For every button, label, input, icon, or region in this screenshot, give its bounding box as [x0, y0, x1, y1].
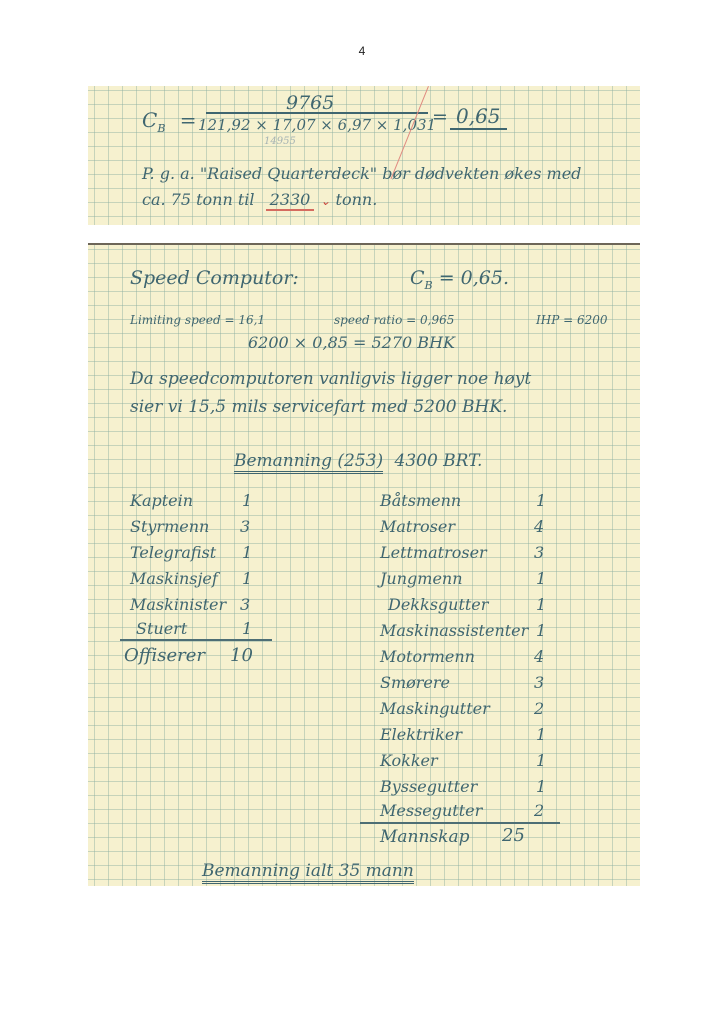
officer-count: 1 — [242, 543, 252, 562]
speed-ratio: speed ratio = 0,965 — [334, 313, 454, 327]
pencil-note: 14955 — [264, 136, 296, 147]
crew-role: Maskingutter — [380, 699, 490, 718]
crew-role: Jungmenn — [380, 569, 463, 588]
ihp: IHP = 6200 — [536, 313, 608, 327]
crew-role: Maskinassistenter — [380, 621, 528, 640]
crew-role: Byssegutter — [380, 777, 477, 796]
result-equals: = — [432, 106, 448, 128]
crew-count: 1 — [536, 751, 546, 770]
note-line-1: P. g. a. "Raised Quarterdeck" bør dødvek… — [142, 164, 581, 183]
officer-count: 1 — [242, 491, 252, 510]
crew-count: 4 — [534, 647, 544, 666]
crew-role: Kokker — [380, 751, 438, 770]
formula-denominator: 121,92 × 17,07 × 6,97 × 1,031 — [198, 116, 436, 134]
crew-count: 1 — [536, 621, 546, 640]
crew-role: Lettmatroser — [380, 543, 487, 562]
officer-role: Stuert — [136, 619, 187, 638]
bhk-calculation: 6200 × 0,85 = 5270 BHK — [248, 333, 455, 352]
crew-role: Motormenn — [380, 647, 475, 666]
crew-role: Dekksgutter — [388, 595, 488, 614]
crew-count: 2 — [534, 699, 544, 718]
officer-count: 1 — [242, 619, 252, 638]
crew-count: 2 — [534, 801, 544, 820]
officer-count: 3 — [240, 595, 250, 614]
crew-count: 1 — [536, 569, 546, 588]
limiting-speed: Limiting speed = 16,1 — [130, 313, 265, 327]
officers-total-count: 10 — [230, 645, 253, 666]
crew-role: Båtsmenn — [380, 491, 461, 510]
crew-count: 4 — [534, 517, 544, 536]
crew-heading-title: Bemanning (253) — [234, 451, 383, 474]
crew-total-label: Mannskap — [380, 827, 469, 847]
note-line-2: ca. 75 tonn til 2330⌄ tonn. — [142, 190, 377, 209]
crew-count: 1 — [536, 491, 546, 510]
highlighted-value: 2330 — [266, 190, 315, 211]
crew-role: Messegutter — [380, 801, 482, 820]
crew-count: 3 — [534, 543, 544, 562]
crew-tonnage: 4300 BRT. — [395, 451, 483, 471]
crew-count: 3 — [534, 673, 544, 692]
crew-sum-rule — [360, 822, 560, 824]
crew-count: 1 — [536, 595, 546, 614]
page-number: 4 — [0, 44, 724, 58]
speed-title: Speed Computor: — [130, 267, 299, 289]
cb-value: CB = 0,65. — [410, 267, 509, 292]
officers-total-label: Offiserer — [124, 645, 205, 666]
officer-role: Kaptein — [130, 491, 193, 510]
officers-sum-rule — [120, 639, 272, 641]
bottom-grid-sheet: Speed Computor: CB = 0,65. Limiting spee… — [88, 243, 640, 886]
paragraph-line-2: sier vi 15,5 mils servicefart med 5200 B… — [130, 397, 507, 417]
formula-result: 0,65 — [450, 104, 507, 130]
fraction-bar — [206, 112, 428, 114]
crew-count: 1 — [536, 777, 546, 796]
crew-role: Smørere — [380, 673, 450, 692]
officer-role: Telegrafist — [130, 543, 216, 562]
officer-role: Styrmenn — [130, 517, 209, 536]
officer-count: 1 — [242, 569, 252, 588]
top-grid-sheet: CB = 9765 121,92 × 17,07 × 6,97 × 1,031 … — [88, 86, 640, 225]
officer-role: Maskinsjef — [130, 569, 218, 588]
paragraph-line-1: Da speedcomputoren vanligvis ligger noe … — [130, 369, 531, 389]
cb-symbol: CB = — [142, 108, 197, 135]
crew-role: Matroser — [380, 517, 455, 536]
crew-role: Elektriker — [380, 725, 462, 744]
grand-total: Bemanning ialt 35 mann — [202, 861, 414, 884]
officer-count: 3 — [240, 517, 250, 536]
officer-role: Maskinister — [130, 595, 226, 614]
formula-numerator: 9765 — [286, 92, 334, 114]
crew-count: 1 — [536, 725, 546, 744]
crew-total-count: 25 — [502, 825, 525, 846]
crew-heading: Bemanning (253) 4300 BRT. — [234, 451, 482, 471]
